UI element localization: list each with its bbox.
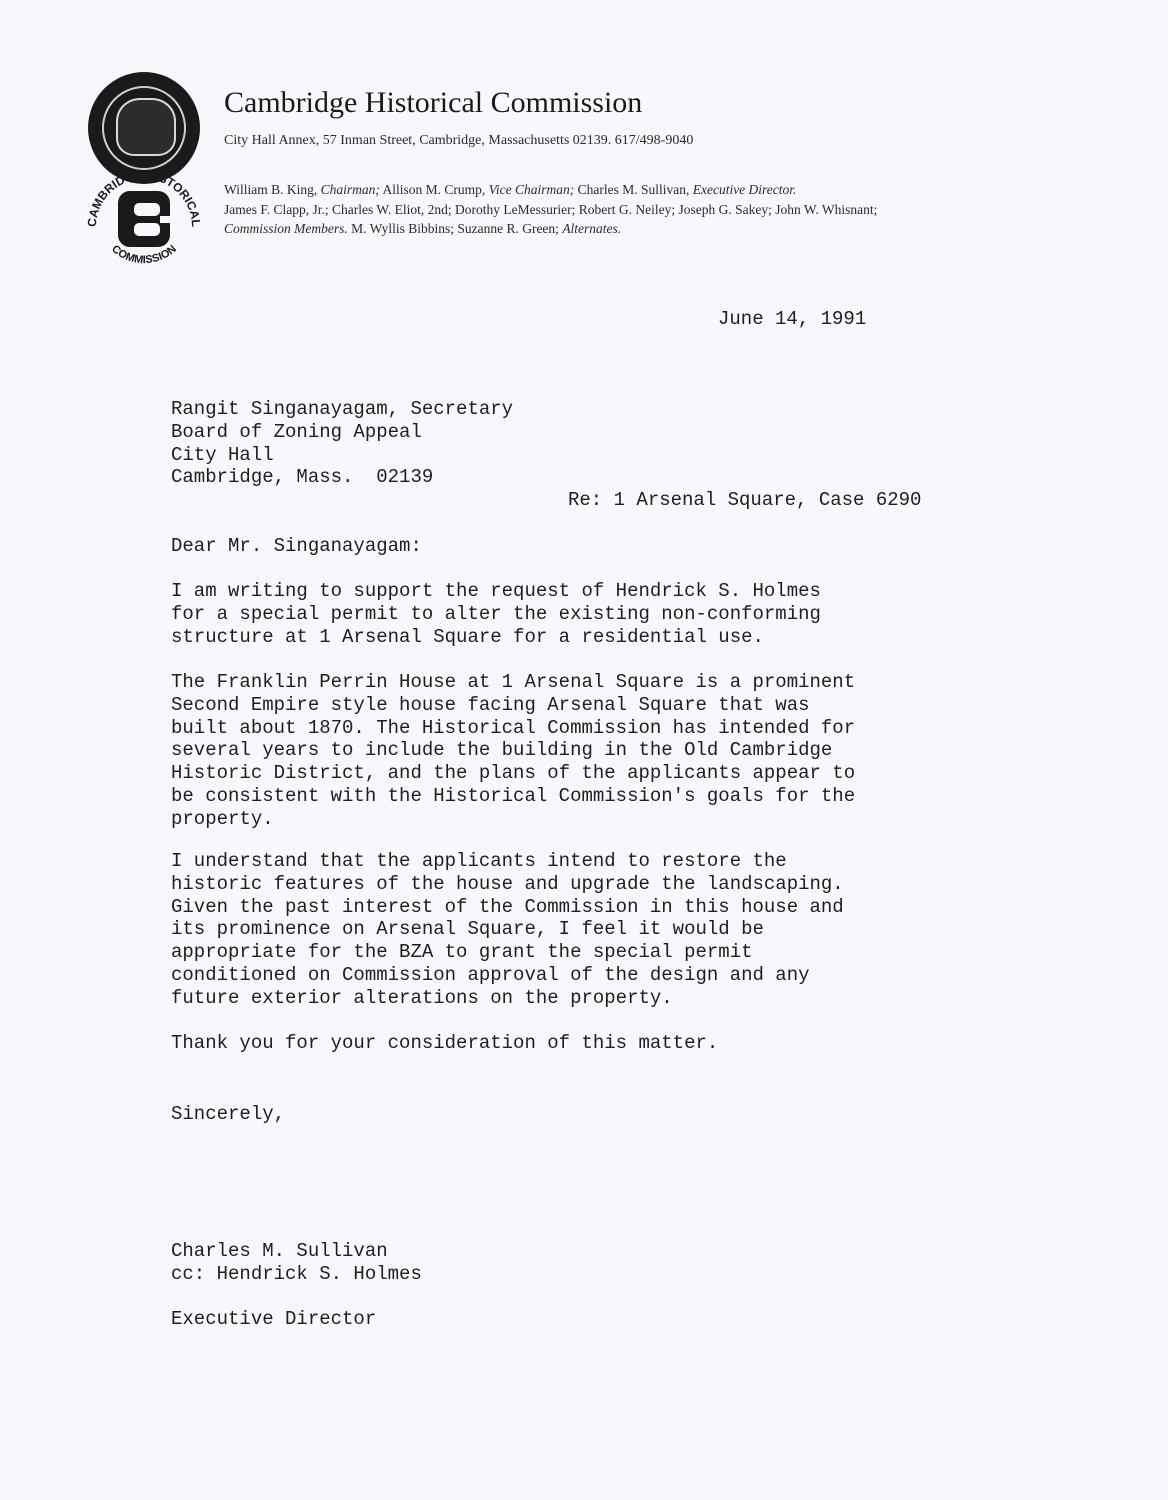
thanks-line: Thank you for your consideration of this… [171, 1032, 718, 1055]
organization-address: City Hall Annex, 57 Inman Street, Cambri… [224, 133, 693, 149]
members-line: James F. Clapp, Jr.; Charles W. Eliot, 2… [224, 200, 877, 220]
closing: Sincerely, [171, 1103, 285, 1126]
signer-name: Charles M. Sullivan [171, 1240, 388, 1263]
signer-title: Executive Director [171, 1308, 388, 1331]
organization-name: Cambridge Historical Commission [224, 86, 642, 120]
recipient-address: Rangit Singanayagam, Secretary Board of … [171, 398, 513, 489]
commission-badge-logo: CAMBRIDGE HISTORICAL COMMISSION [82, 165, 206, 265]
members-line: William B. King, Chairman; Allison M. Cr… [224, 180, 877, 200]
reference-line: Re: 1 Arsenal Square, Case 6290 [568, 489, 921, 512]
body-paragraph-2: The Franklin Perrin House at 1 Arsenal S… [171, 671, 855, 831]
members-line: Commission Members. M. Wyllis Bibbins; S… [224, 219, 877, 239]
body-paragraph-1: I am writing to support the request of H… [171, 580, 821, 648]
letter-date: June 14, 1991 [718, 308, 866, 331]
cc-line: cc: Hendrick S. Holmes [171, 1263, 422, 1286]
commission-members: William B. King, Chairman; Allison M. Cr… [224, 180, 877, 239]
seal-building-emblem [116, 98, 176, 156]
body-paragraph-3: I understand that the applicants intend … [171, 850, 844, 1010]
salutation: Dear Mr. Singanayagam: [171, 535, 422, 558]
